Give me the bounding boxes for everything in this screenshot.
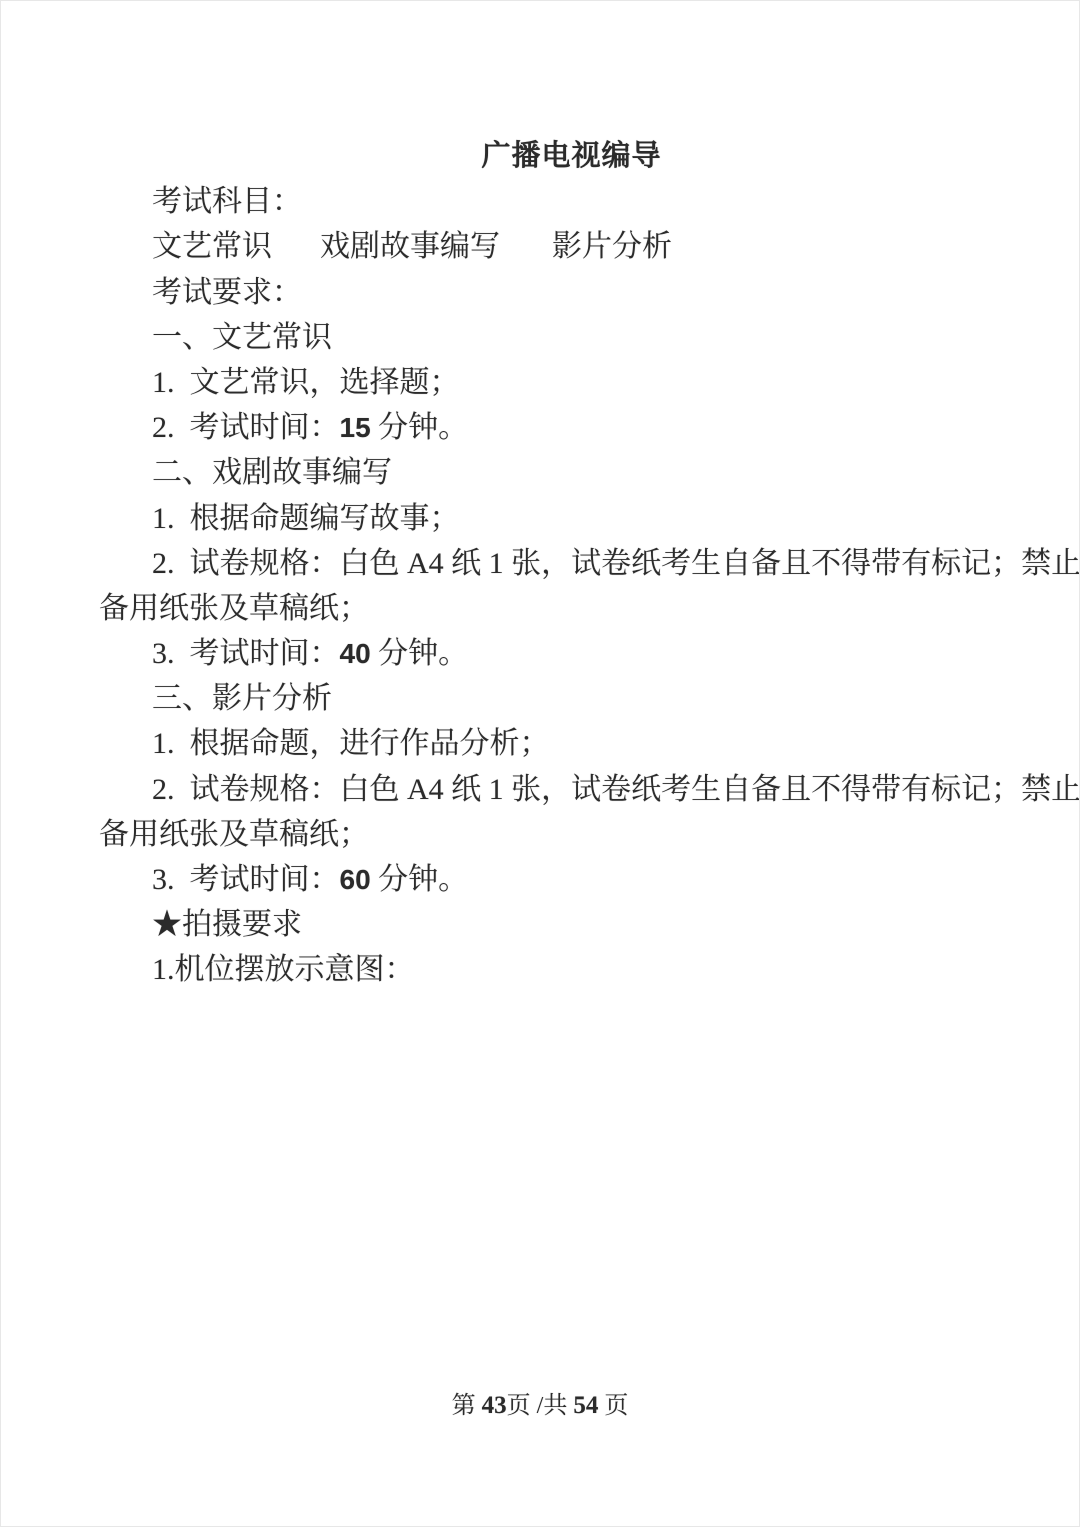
subject-1: 文艺常识 xyxy=(152,230,272,263)
text-line-section-3-item-2: 2. 试卷规格：白色 A4 纸 1 张，试卷纸考生自备且不得带有标记；禁止携带 xyxy=(99,767,992,812)
page-footer: 第 43页 /共 54 页 xyxy=(1,1386,1079,1426)
text-line-section-1-heading: 一、文艺常识 xyxy=(99,315,992,360)
duration-minutes: 60 xyxy=(340,864,371,895)
text-line-shooting-requirements-heading: ★拍摄要求 xyxy=(99,902,992,947)
text-line-subject-list: 文艺常识戏剧故事编写影片分析 xyxy=(99,224,992,269)
total-page-number: 54 xyxy=(573,1392,598,1419)
footer-prefix: 第 xyxy=(452,1393,482,1419)
subject-3: 影片分析 xyxy=(552,230,672,263)
item-prefix: 3. 考试时间： xyxy=(152,637,340,670)
current-page-number: 43 xyxy=(482,1392,507,1419)
document-page: 广播电视编导 考试科目： 文艺常识戏剧故事编写影片分析 考试要求： 一、文艺常识… xyxy=(0,0,1080,1527)
text-line-section-1-item-1: 1. 文艺常识，选择题； xyxy=(99,360,992,405)
page-title: 广播电视编导 xyxy=(125,134,1018,179)
item-suffix: 分钟。 xyxy=(371,637,469,670)
text-line-exam-requirements-label: 考试要求： xyxy=(99,270,992,315)
item-suffix: 分钟。 xyxy=(371,411,469,444)
text-line-section-3-item-3: 3. 考试时间：60 分钟。 xyxy=(99,857,992,902)
text-line-section-2-item-1: 1. 根据命题编写故事； xyxy=(99,496,992,541)
subject-2: 戏剧故事编写 xyxy=(320,230,500,263)
text-line-camera-position-diagram-label: 1.机位摆放示意图： xyxy=(99,947,992,992)
text-line-section-2-item-3: 3. 考试时间：40 分钟。 xyxy=(99,631,992,676)
text-line-section-3-heading: 三、影片分析 xyxy=(99,676,992,721)
text-line-section-2-item-2: 2. 试卷规格：白色 A4 纸 1 张，试卷纸考生自备且不得带有标记；禁止携带 xyxy=(99,541,992,586)
text-line-exam-subjects-label: 考试科目： xyxy=(99,179,992,224)
document-body: 广播电视编导 考试科目： 文艺常识戏剧故事编写影片分析 考试要求： 一、文艺常识… xyxy=(99,134,992,993)
text-line-section-3-item-1: 1. 根据命题，进行作品分析； xyxy=(99,721,992,766)
item-prefix: 3. 考试时间： xyxy=(152,863,340,896)
text-line-section-3-item-2-continuation: 备用纸张及草稿纸； xyxy=(99,812,992,857)
duration-minutes: 15 xyxy=(340,412,371,443)
text-line-section-2-item-2-continuation: 备用纸张及草稿纸； xyxy=(99,586,992,631)
footer-suffix: 页 xyxy=(598,1393,628,1419)
duration-minutes: 40 xyxy=(340,638,371,669)
text-line-section-1-item-2: 2. 考试时间：15 分钟。 xyxy=(99,405,992,450)
item-prefix: 2. 考试时间： xyxy=(152,411,340,444)
text-line-section-2-heading: 二、戏剧故事编写 xyxy=(99,450,992,495)
item-suffix: 分钟。 xyxy=(371,863,469,896)
footer-mid: 页 /共 xyxy=(507,1393,574,1419)
